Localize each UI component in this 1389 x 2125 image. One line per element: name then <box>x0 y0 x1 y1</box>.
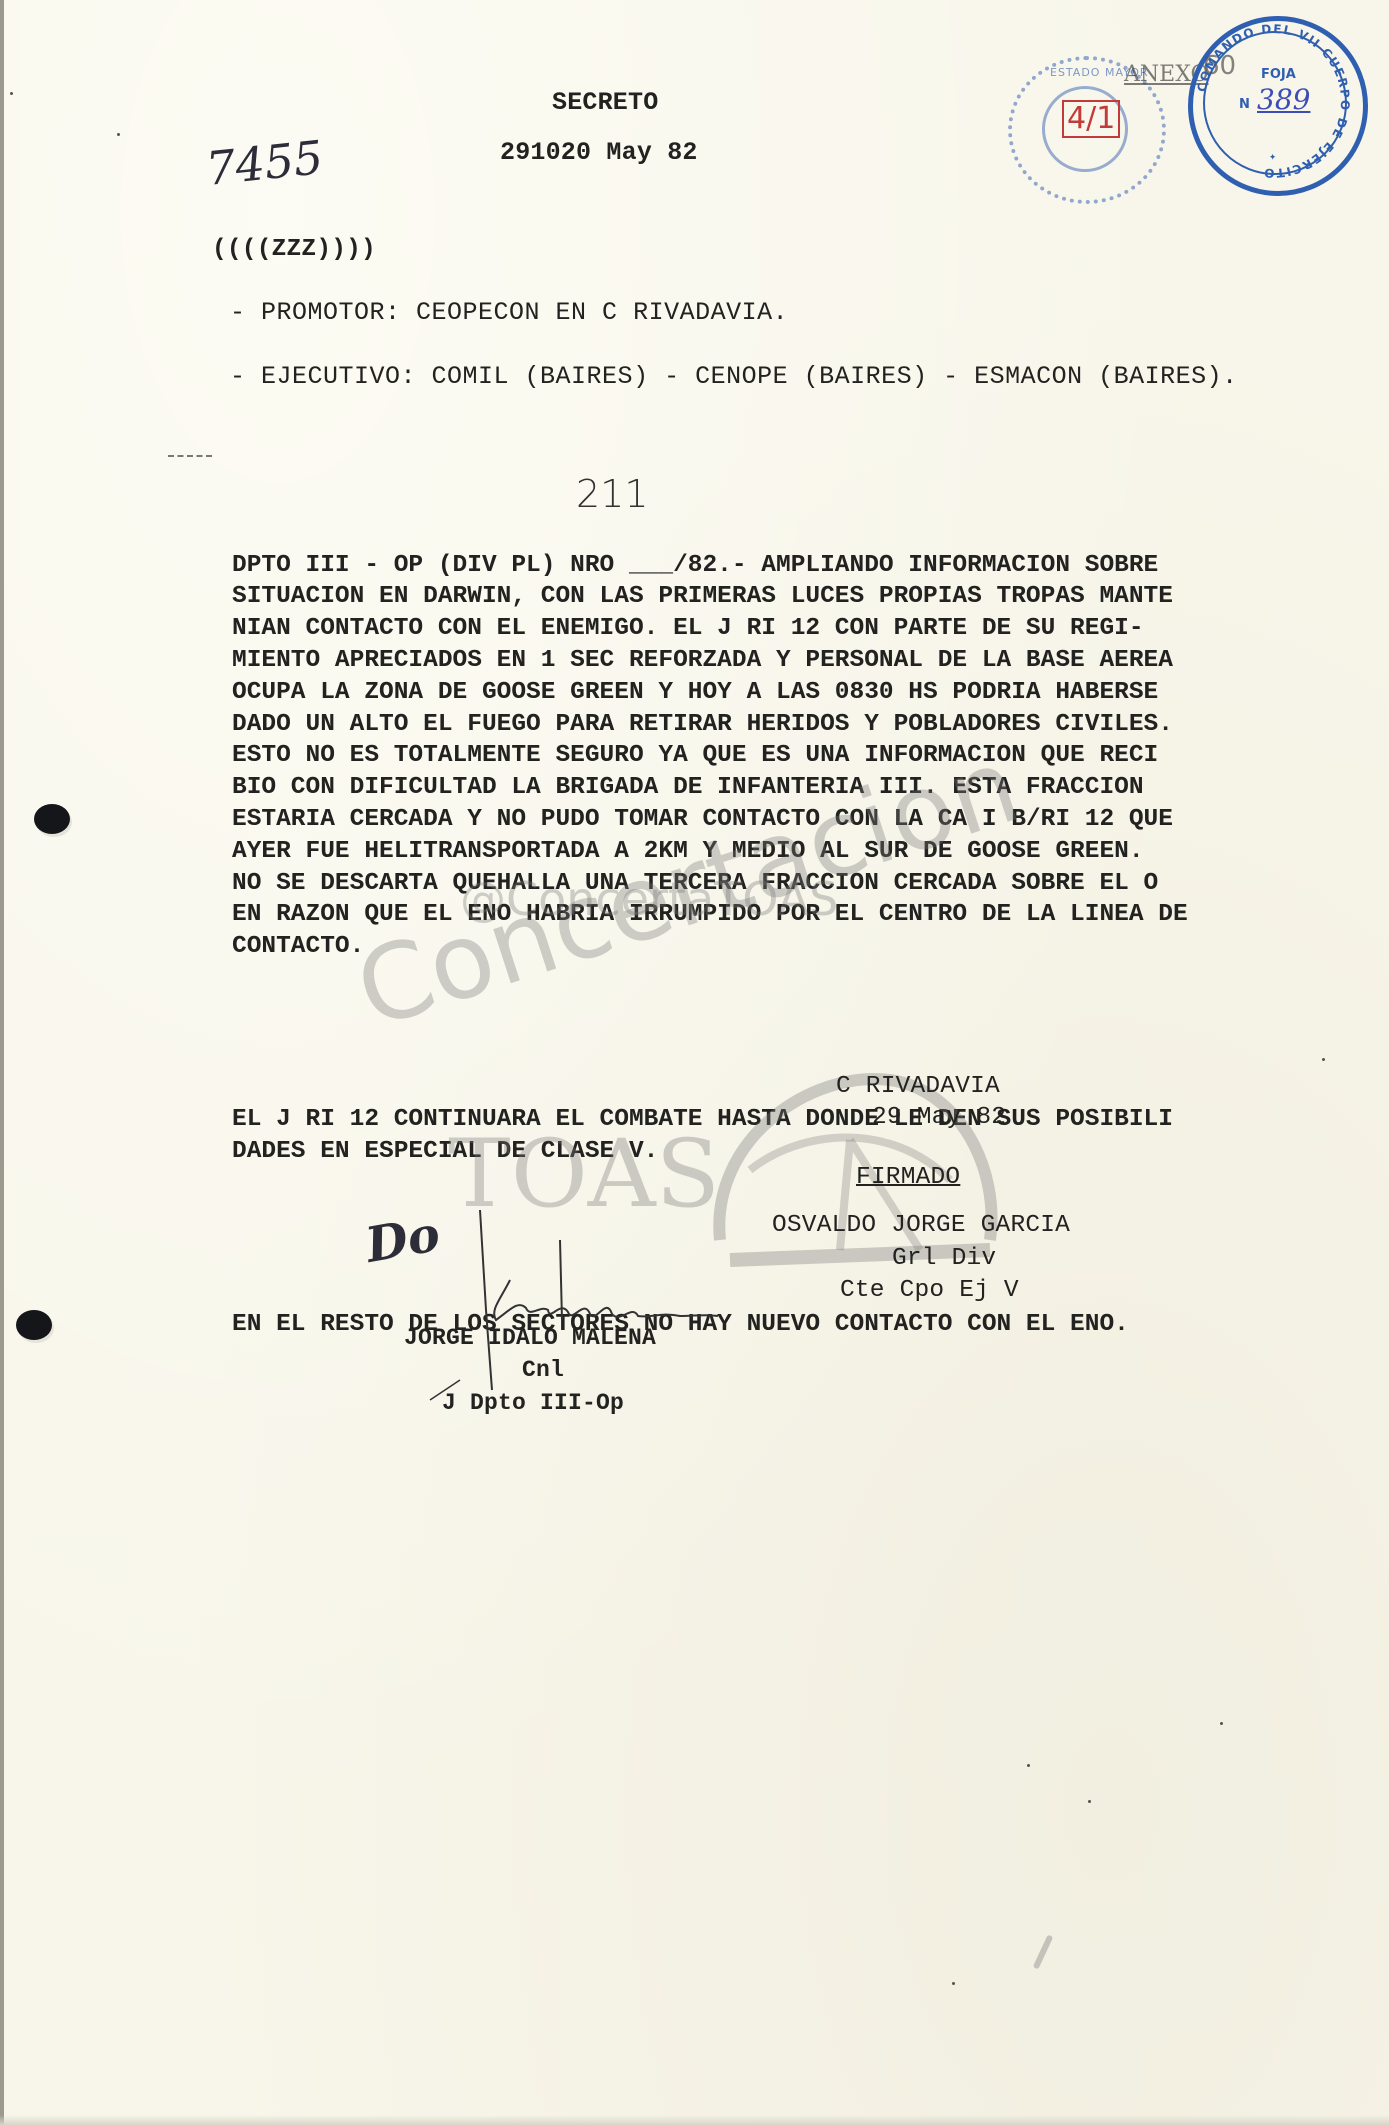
body-line: ESTO NO ES TOTALMENTE SEGURO YA QUE ES U… <box>232 740 1188 772</box>
body-line: CONTACTO. <box>232 931 1188 963</box>
stamp-ring-text: COMANDO DEL VII CUERPO DE EJERCITO <box>1188 16 1358 186</box>
main-signatory-name: OSVALDO JORGE GARCIA <box>772 1212 1070 1239</box>
body-line: SITUACION EN DARWIN, CON LAS PRIMERAS LU… <box>232 581 1188 613</box>
secondary-signatory-rank: Cnl <box>522 1357 564 1383</box>
body-line: NO SE DESCARTA QUEHALLA UNA TERCERA FRAC… <box>232 868 1188 900</box>
place: C RIVADAVIA <box>836 1073 1000 1100</box>
precedence-code: ((((ZZZ)))) <box>212 236 376 263</box>
scan-smudge <box>1033 1934 1054 1969</box>
body-line: AYER FUE HELITRANSPORTADA A 2KM Y MEDIO … <box>232 836 1188 868</box>
main-signatory-rank: Grl Div <box>892 1245 996 1272</box>
signed-label: FIRMADO <box>856 1164 960 1191</box>
left-stamp-handwritten: 4/1 <box>1062 100 1120 138</box>
handwritten-file-number: 7455 <box>203 130 325 196</box>
handwritten-message-number: 211 <box>576 472 649 516</box>
body-line: OCUPA LA ZONA DE GOOSE GREEN Y HOY A LAS… <box>232 677 1188 709</box>
signature-date: 29 May 82 <box>872 1104 1006 1131</box>
classification-heading: SECRETO <box>552 88 658 117</box>
date-time-group: 291020 May 82 <box>500 138 698 167</box>
secondary-signatory-position: J Dpto III-Op <box>442 1390 624 1416</box>
document-page: SECRETO 291020 May 82 7455 ((((ZZZ)))) -… <box>0 0 1389 2125</box>
body-line: MIENTO APRECIADOS EN 1 SEC REFORZADA Y P… <box>232 645 1188 677</box>
body-line: ESTARIA CERCADA Y NO PUDO TOMAR CONTACTO… <box>232 804 1188 836</box>
secondary-signatory-name: JORGE IDALO MALENA <box>404 1325 656 1351</box>
right-stamp: 60 FOJA N 389 ✦ COMANDO DEL VII CUERPO D… <box>1188 16 1368 196</box>
body-line: DADO UN ALTO EL FUEGO PARA RETIRAR HERID… <box>232 709 1188 741</box>
scan-bottom-edge <box>0 2115 1389 2125</box>
ejecutivo-line: - EJECUTIVO: COMIL (BAIRES) - CENOPE (BA… <box>230 362 1238 391</box>
paragraph-1: DPTO III - OP (DIV PL) NRO ___/82.- AMPL… <box>232 550 1188 963</box>
svg-text:COMANDO DEL VII CUERPO DE EJER: COMANDO DEL VII CUERPO DE EJERCITO <box>1195 22 1353 180</box>
main-signatory-position: Cte Cpo Ej V <box>840 1277 1019 1304</box>
scan-left-edge <box>0 0 4 2125</box>
promotor-line: - PROMOTOR: CEOPECON EN C RIVADAVIA. <box>230 298 788 327</box>
body-line: EN RAZON QUE EL ENO HABRIA IRRUMPIDO POR… <box>232 899 1188 931</box>
body-line: DPTO III - OP (DIV PL) NRO ___/82.- AMPL… <box>232 550 1188 582</box>
punch-hole-bottom <box>16 1310 52 1340</box>
margin-mark <box>168 455 212 459</box>
body-line: NIAN CONTACTO CON EL ENEMIGO. EL J RI 12… <box>232 613 1188 645</box>
handwritten-signature <box>400 1200 740 1410</box>
body-line: BIO CON DIFICULTAD LA BRIGADA DE INFANTE… <box>232 772 1188 804</box>
punch-hole-top <box>34 804 70 834</box>
